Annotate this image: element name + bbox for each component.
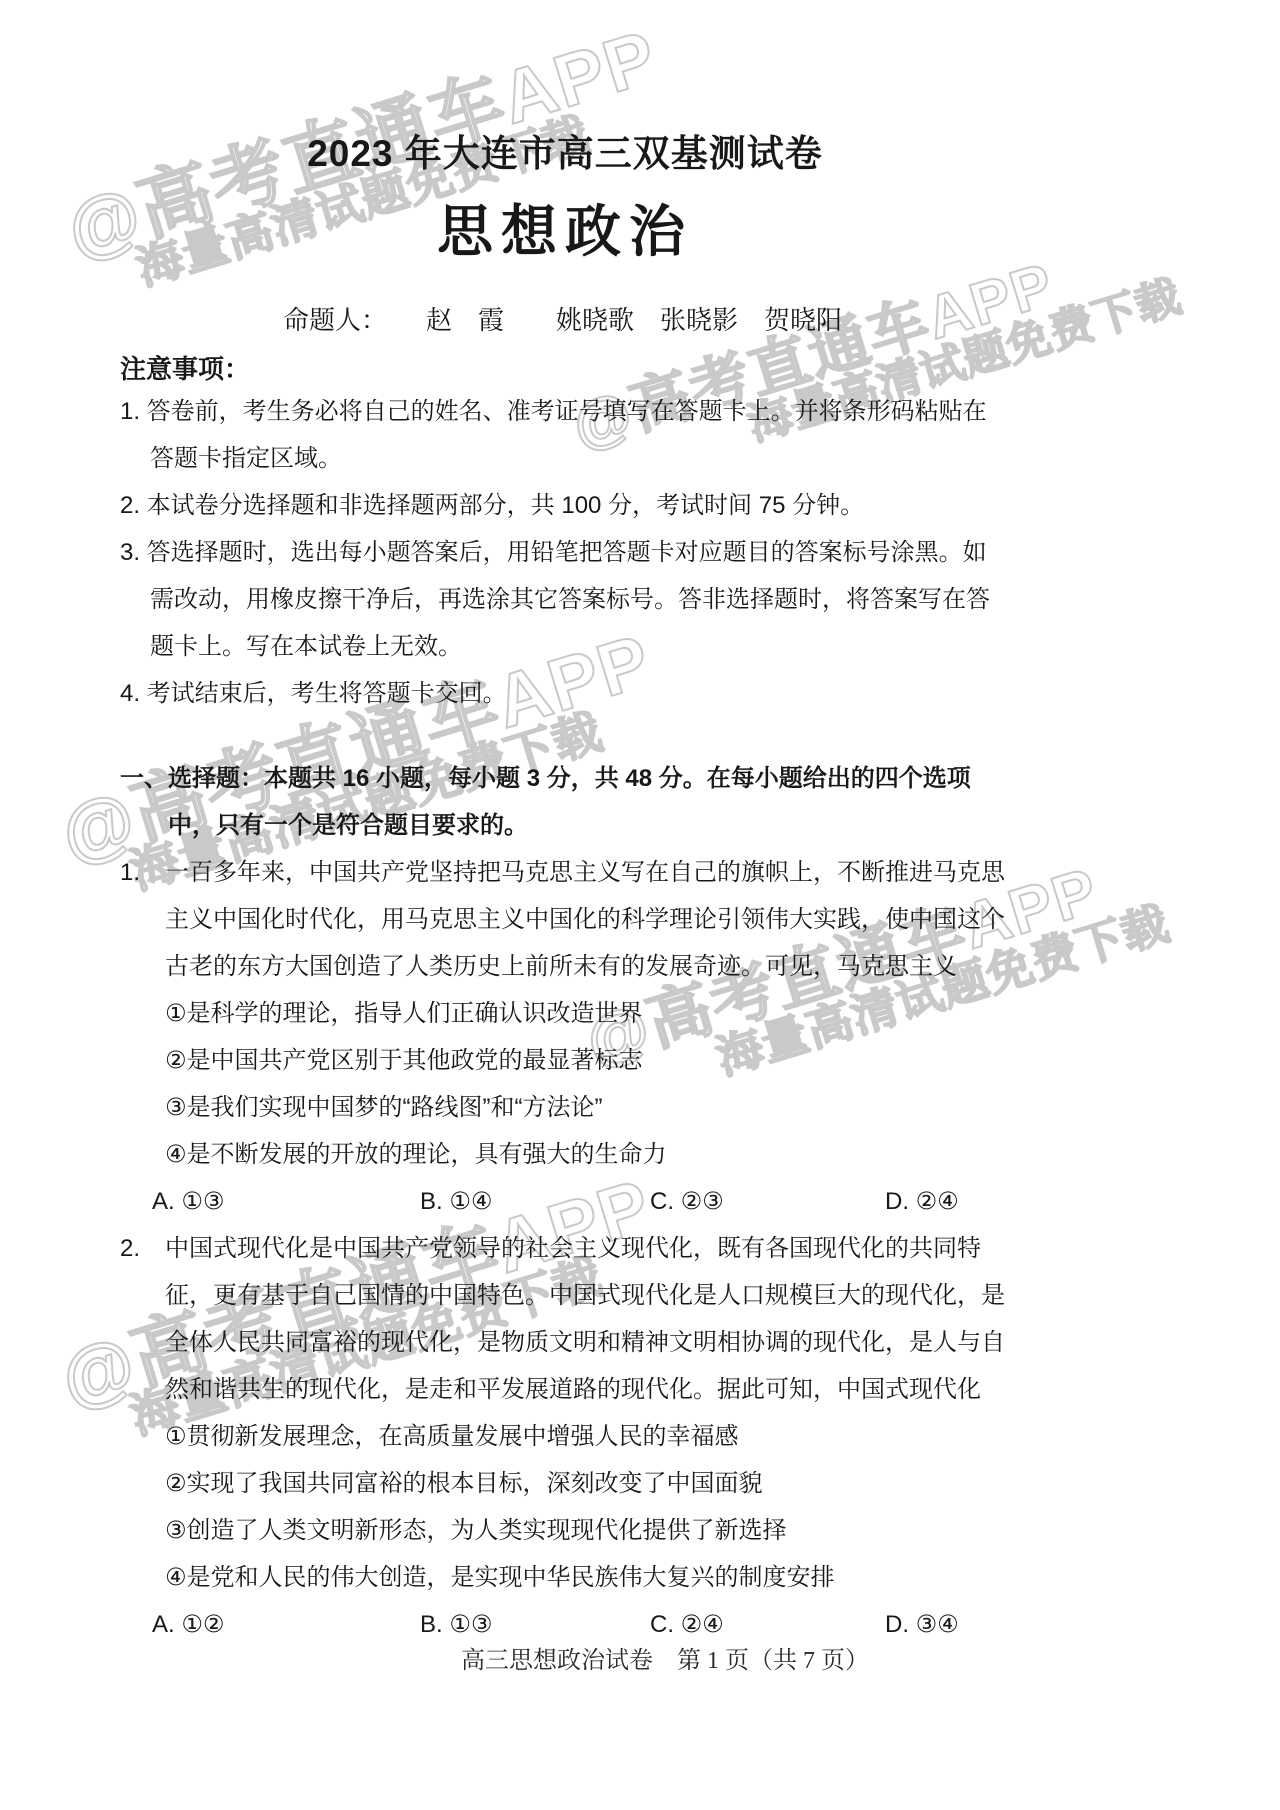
question-2-option-c: C. ②④ bbox=[650, 1601, 885, 1648]
question-1-option-c: C. ②③ bbox=[650, 1178, 885, 1225]
question-1-options: A. ①③ B. ①④ C. ②③ D. ②④ bbox=[152, 1178, 1010, 1225]
question-2-option-b: B. ①③ bbox=[420, 1601, 650, 1648]
exam-subject-title: 思想政治 bbox=[120, 202, 1010, 262]
question-1-number: 1. bbox=[120, 849, 165, 896]
question-1-statement-2: ②是中国共产党区别于其他政党的最显著标志 bbox=[165, 1037, 1010, 1084]
question-1-text: 一百多年来，中国共产党坚持把马克思主义写在自己的旗帜上，不断推进马克思主义中国化… bbox=[165, 859, 1005, 980]
question-2-statement-3: ③创造了人类文明新形态，为人类实现现代化提供了新选择 bbox=[165, 1507, 1010, 1554]
notice-item-4: 4. 考试结束后，考生将答题卡交回。 bbox=[120, 670, 1010, 717]
question-1-statement-3: ③是我们实现中国梦的“路线图”和“方法论” bbox=[165, 1084, 1010, 1131]
question-2: 2.中国式现代化是中国共产党领导的社会主义现代化，既有各国现代化的共同特征，更有… bbox=[120, 1225, 1010, 1648]
question-2-text: 中国式现代化是中国共产党领导的社会主义现代化，既有各国现代化的共同特征，更有基于… bbox=[165, 1235, 1005, 1403]
notice-item-2: 2. 本试卷分选择题和非选择题两部分，共 100 分，考试时间 75 分钟。 bbox=[120, 482, 1010, 529]
question-1-stem: 1.一百多年来，中国共产党坚持把马克思主义写在自己的旗帜上，不断推进马克思主义中… bbox=[165, 849, 1010, 990]
question-1-option-a: A. ①③ bbox=[152, 1178, 420, 1225]
question-2-option-d: D. ③④ bbox=[885, 1601, 1010, 1648]
question-2-number: 2. bbox=[120, 1225, 165, 1272]
notice-heading: 注意事项： bbox=[120, 350, 1010, 388]
question-2-statement-1: ①贯彻新发展理念，在高质量发展中增强人民的幸福感 bbox=[165, 1413, 1010, 1460]
question-1-option-d: D. ②④ bbox=[885, 1178, 1010, 1225]
question-2-statement-2: ②实现了我国共同富裕的根本目标，深刻改变了中国面貌 bbox=[165, 1460, 1010, 1507]
notice-item-1: 1. 答卷前，考生务必将自己的姓名、准考证号填写在答题卡上。并将条形码粘贴在答题… bbox=[120, 388, 1010, 482]
question-2-statement-4: ④是党和人民的伟大创造，是实现中华民族伟大复兴的制度安排 bbox=[165, 1554, 1010, 1601]
question-2-options: A. ①② B. ①③ C. ②④ D. ③④ bbox=[152, 1601, 1010, 1648]
question-1-statement-4: ④是不断发展的开放的理论，具有强大的生命力 bbox=[165, 1131, 1010, 1178]
section-1-heading: 一、选择题：本题共 16 小题，每小题 3 分，共 48 分。在每小题给出的四个… bbox=[120, 755, 1010, 849]
notice-item-3: 3. 答选择题时，选出每小题答案后，用铅笔把答题卡对应题目的答案标号涂黑。如需改… bbox=[120, 529, 1010, 670]
question-2-stem: 2.中国式现代化是中国共产党领导的社会主义现代化，既有各国现代化的共同特征，更有… bbox=[165, 1225, 1010, 1413]
question-2-option-a: A. ①② bbox=[152, 1601, 420, 1648]
exam-paper-page: @高考直通车APP 海量高清试题免费下载 @高考直通车APP 海量高清试题免费下… bbox=[0, 0, 1280, 1810]
question-1-option-b: B. ①④ bbox=[420, 1178, 650, 1225]
exam-title: 2023 年大连市高三双基测试卷 bbox=[120, 132, 1010, 176]
page-footer: 高三思想政治试卷 第 1 页（共 7 页） bbox=[0, 1646, 1280, 1676]
content-column: 2023 年大连市高三双基测试卷 思想政治 命题人： 赵 霞 姚晓歌 张晓影 贺… bbox=[120, 132, 1010, 1648]
question-1: 1.一百多年来，中国共产党坚持把马克思主义写在自己的旗帜上，不断推进马克思主义中… bbox=[120, 849, 1010, 1225]
question-1-statement-1: ①是科学的理论，指导人们正确认识改造世界 bbox=[165, 990, 1010, 1037]
exam-authors-line: 命题人： 赵 霞 姚晓歌 张晓影 贺晓阳 bbox=[120, 306, 1010, 336]
